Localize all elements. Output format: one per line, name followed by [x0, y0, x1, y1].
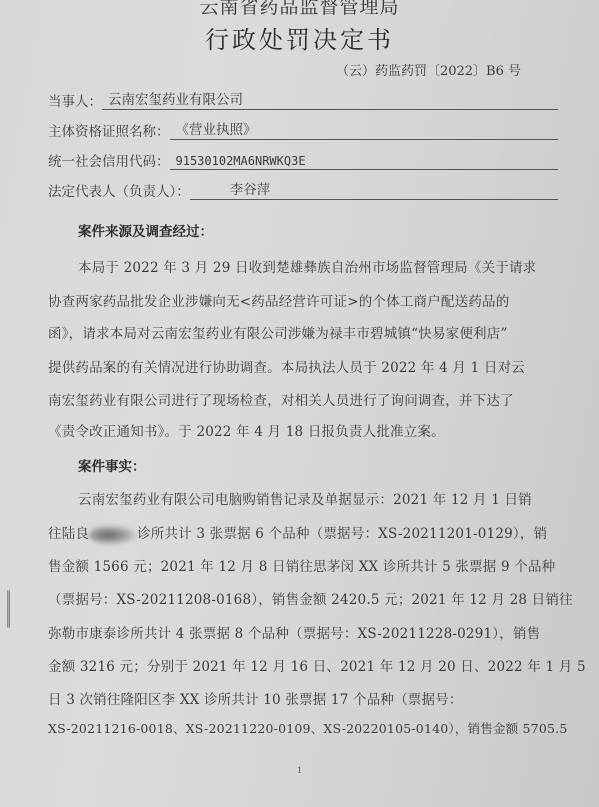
field-value: 云南宏玺药业有限公司 [102, 88, 558, 110]
field-label: 当事人： [48, 90, 102, 110]
section-heading-case-source: 案件来源及调查经过： [78, 220, 213, 240]
text-line: 弥勒市康泰诊所共计 4 张票据 8 个品种（票据号：XS-20211228-02… [48, 622, 558, 642]
document-number: （云）药监药罚〔2022〕B6 号 [336, 60, 521, 79]
document-page: 云南省药品监督管理局 行政处罚决定书 （云）药监药罚〔2022〕B6 号 当事人… [0, 0, 599, 807]
text-line: 南宏玺药业有限公司进行了现场检查，对相关人员进行了询问调查，并下达了 [48, 389, 558, 409]
field-label: 法定代表人（负责人）： [48, 180, 190, 200]
field-label: 主体资格证照名称： [48, 120, 170, 140]
text-line: XS-20211216-0018、XS-20211220-0109、XS-202… [48, 719, 558, 737]
page-number: 1 [0, 766, 599, 775]
field-party: 当事人： 云南宏玺药业有限公司 [48, 88, 558, 110]
document-title: 行政处罚决定书 [0, 20, 599, 55]
field-value: 91530102MA6NRWKQ3E [170, 154, 559, 170]
text-fragment: 诊所共计 3 张票据 6 个品种（票据号：XS-20211201-0129），销 [137, 526, 547, 542]
text-line: 售金额 1566 元；2021 年 12 月 8 日销往思茅闵 XX 诊所共计 … [48, 555, 558, 575]
field-credit-code: 统一社会信用代码： 91530102MA6NRWKQ3E [48, 148, 558, 170]
field-value: 李谷萍 [190, 178, 558, 200]
text-line: （票据号：XS-20211208-0168），销售金额 2420.5 元；202… [48, 588, 558, 608]
field-value: 《营业执照》 [170, 118, 559, 140]
section-heading-case-facts: 案件事实： [78, 455, 146, 475]
text-line: 日 3 次销往隆阳区李 XX 诊所共计 10 张票据 17 个品种（票据号： [48, 688, 558, 708]
field-license-name: 主体资格证照名称： 《营业执照》 [48, 118, 558, 140]
text-line: 本局于 2022 年 3 月 29 日收到楚雄彝族自治州市场监督管理局《关于请求 [78, 256, 558, 276]
text-line: 《责令改正通知书》。于 2022 年 4 月 18 日报负责人批准立案。 [48, 420, 558, 440]
text-line: 提供药品案的有关情况进行协助调查。本局执法人员于 2022 年 4 月 1 日对… [48, 356, 558, 376]
redaction-blur [89, 525, 137, 545]
text-fragment: 往陆良 [48, 526, 89, 542]
text-line-redacted: 往陆良诊所共计 3 张票据 6 个品种（票据号：XS-20211201-0129… [48, 522, 558, 545]
staple-icon [7, 590, 10, 628]
text-line: 函》，请求本局对云南宏玺药业有限公司涉嫌为禄丰市碧城镇“快易家便利店” [48, 322, 558, 342]
field-label: 统一社会信用代码： [48, 150, 170, 170]
issuing-organization: 云南省药品监督管理局 [0, 0, 599, 19]
field-legal-representative: 法定代表人（负责人）： 李谷萍 [48, 178, 558, 200]
text-line: 云南宏玺药业有限公司电脑购销售记录及单据显示：2021 年 12 月 1 日销 [78, 488, 558, 508]
text-line: 协查两家药品批发企业涉嫌向无<药品经营许可证>的个体工商户配送药品的 [48, 290, 558, 310]
text-line: 金额 3216 元；分别于 2021 年 12 月 16 日、2021 年 12… [48, 655, 558, 675]
